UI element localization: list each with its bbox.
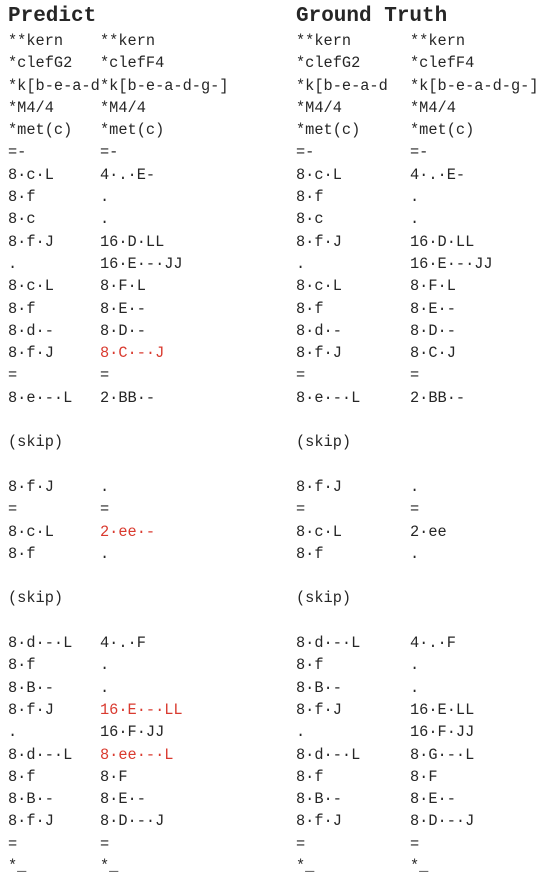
kern-token-spine1: *clefG2	[8, 52, 100, 74]
prediction-comparison-figure: Predict **kern**kern*clefG2*clefF4*k[b-e…	[0, 0, 550, 889]
kern-token-row: 8·f.	[8, 543, 290, 565]
kern-token-spine2: 16·E·-·JJ	[410, 253, 493, 275]
kern-token-row: 8·f.	[296, 654, 548, 676]
kern-token-spine2: .	[410, 543, 419, 565]
kern-token-row: =-=-	[296, 141, 548, 163]
kern-token-spine2: .	[100, 677, 109, 699]
kern-token-spine1: =	[8, 498, 100, 520]
kern-token-spine2: .	[410, 186, 419, 208]
kern-token-spine2: 8·E·-	[100, 298, 146, 320]
kern-token-spine1: 8·c·L	[8, 275, 100, 297]
kern-token-row: 8·f·J.	[296, 476, 548, 498]
kern-token-spine1: 8·f	[8, 766, 100, 788]
blank-row	[296, 409, 548, 431]
kern-token-spine2: 16·F·JJ	[100, 721, 164, 743]
kern-token-spine2: .	[410, 476, 419, 498]
kern-token-spine1: 8·B·-	[296, 677, 410, 699]
kern-token-row: *met(c)*met(c)	[8, 119, 290, 141]
kern-token-spine1: *_	[8, 855, 100, 877]
kern-token-spine2: =	[100, 498, 109, 520]
kern-token-row: .16·F·JJ	[296, 721, 548, 743]
kern-token-row: 8·f·J8·D·-·J	[8, 810, 290, 832]
blank-row	[8, 454, 290, 476]
kern-token-row: 8·d·-·L4·.·F	[296, 632, 548, 654]
kern-token-spine1: 8·f	[296, 766, 410, 788]
kern-token-row: 8·f·J8·C·-·J	[8, 342, 290, 364]
kern-token-spine2-error: 2·ee·-	[100, 521, 155, 543]
kern-token-spine1: =	[8, 364, 100, 386]
kern-token-spine1: 8·d·-·L	[8, 744, 100, 766]
kern-token-spine2: 8·F	[410, 766, 438, 788]
kern-token-spine1: 8·B·-	[296, 788, 410, 810]
kern-token-row: 8·f.	[8, 186, 290, 208]
kern-token-spine2: 8·F·L	[410, 275, 456, 297]
kern-token-spine2: .	[410, 677, 419, 699]
kern-token-row: *met(c)*met(c)	[296, 119, 548, 141]
kern-token-spine2: .	[410, 208, 419, 230]
kern-token-spine1: =-	[8, 141, 100, 163]
kern-token-spine1: 8·f	[8, 298, 100, 320]
skip-label: (skip)	[8, 587, 100, 609]
kern-token-spine2: **kern	[410, 30, 465, 52]
kern-token-row: 8·f·J16·D·LL	[296, 231, 548, 253]
kern-token-row: 8·f8·E·-	[296, 298, 548, 320]
kern-token-row: 8·f8·F	[8, 766, 290, 788]
kern-token-spine1: 8·f	[296, 186, 410, 208]
kern-token-spine2: 8·F·L	[100, 275, 146, 297]
kern-token-row: 8·d·-8·D·-	[296, 320, 548, 342]
kern-token-spine1: 8·f·J	[296, 699, 410, 721]
kern-token-row: 8·c·L2·ee	[296, 521, 548, 543]
blank-row	[296, 565, 548, 587]
kern-token-row: 8·d·-8·D·-	[8, 320, 290, 342]
panel-title-predict: Predict	[8, 4, 290, 30]
kern-token-spine1: 8·f	[296, 298, 410, 320]
panel-title-ground-truth: Ground Truth	[296, 4, 548, 30]
kern-token-spine2: *M4/4	[100, 97, 146, 119]
panel-predict: Predict **kern**kern*clefG2*clefF4*k[b-e…	[8, 4, 290, 877]
kern-token-row: 8·B·-.	[296, 677, 548, 699]
kern-token-spine2: 8·E·-	[100, 788, 146, 810]
kern-token-spine1: **kern	[296, 30, 410, 52]
blank-row	[8, 610, 290, 632]
kern-token-spine2: 8·D·-·J	[100, 810, 164, 832]
kern-token-spine1: .	[8, 253, 100, 275]
kern-token-spine1: 8·c	[296, 208, 410, 230]
kern-token-spine2: =	[100, 833, 109, 855]
kern-token-spine2-error: 16·E·-·LL	[100, 699, 183, 721]
kern-token-row: 8·f.	[296, 543, 548, 565]
skip-marker-row: (skip)	[296, 431, 548, 453]
kern-token-spine2: =	[410, 364, 419, 386]
kern-token-spine1: 8·c·L	[8, 521, 100, 543]
kern-token-spine2: 16·D·LL	[410, 231, 474, 253]
kern-token-spine2: 16·D·LL	[100, 231, 164, 253]
kern-token-spine1: *met(c)	[296, 119, 410, 141]
kern-token-spine1: =	[296, 498, 410, 520]
kern-token-spine2: 16·E·LL	[410, 699, 474, 721]
kern-token-row: ==	[296, 364, 548, 386]
kern-token-spine2: *clefF4	[410, 52, 474, 74]
kern-token-spine1: 8·e·-·L	[8, 387, 100, 409]
kern-token-spine2: 4·.·F	[100, 632, 146, 654]
kern-token-row: *M4/4*M4/4	[8, 97, 290, 119]
kern-token-row: 8·c·L4·.·E-	[296, 164, 548, 186]
kern-token-spine2: .	[100, 654, 109, 676]
kern-token-spine1: .	[8, 721, 100, 743]
kern-token-spine2: =	[410, 833, 419, 855]
kern-token-row: 8·e·-·L2·BB·-	[8, 387, 290, 409]
kern-token-row: 8·c·L4·.·E-	[8, 164, 290, 186]
kern-token-row: **kern**kern	[8, 30, 290, 52]
kern-token-spine1: 8·f·J	[296, 231, 410, 253]
kern-token-row: 8·B·-8·E·-	[296, 788, 548, 810]
kern-token-spine2: =-	[410, 141, 428, 163]
kern-token-row: 8·f·J16·D·LL	[8, 231, 290, 253]
kern-token-spine2: =	[100, 364, 109, 386]
kern-token-row: 8·f·J8·C·J	[296, 342, 548, 364]
kern-token-spine1: 8·d·-	[8, 320, 100, 342]
kern-token-spine1: 8·f·J	[8, 342, 100, 364]
kern-token-row: 8·d·-·L8·G·-·L	[296, 744, 548, 766]
skip-label: (skip)	[296, 431, 410, 453]
kern-token-spine1: 8·f	[296, 543, 410, 565]
kern-token-spine2-error: 8·C·-·J	[100, 342, 164, 364]
kern-token-spine2: 8·F	[100, 766, 128, 788]
kern-token-spine2: *met(c)	[100, 119, 164, 141]
kern-token-spine1: 8·d·-·L	[8, 632, 100, 654]
kern-token-spine2: *k[b-e-a-d-g-]	[410, 75, 539, 97]
kern-token-spine2: 8·D·-·J	[410, 810, 474, 832]
kern-token-spine2: 8·D·-	[100, 320, 146, 342]
kern-token-spine2: =	[410, 498, 419, 520]
kern-token-spine1: *k[b-e-a-d	[8, 75, 100, 97]
kern-token-row: 8·d·-·L4·.·F	[8, 632, 290, 654]
kern-token-spine2: .	[100, 208, 109, 230]
kern-token-spine2-error: 8·ee·-·L	[100, 744, 173, 766]
kern-token-row: *_*_	[296, 855, 548, 877]
blank-row	[8, 409, 290, 431]
kern-token-row: 8·c·L8·F·L	[8, 275, 290, 297]
kern-token-spine2: 8·E·-	[410, 788, 456, 810]
kern-token-row: 8·c.	[8, 208, 290, 230]
kern-token-row: *M4/4*M4/4	[296, 97, 548, 119]
kern-token-spine1: 8·f	[8, 654, 100, 676]
kern-token-spine1: *k[b-e-a-d	[296, 75, 410, 97]
blank-row	[8, 565, 290, 587]
kern-token-row: *k[b-e-a-d*k[b-e-a-d-g-]	[296, 75, 548, 97]
kern-token-spine1: *met(c)	[8, 119, 100, 141]
kern-token-row: ==	[296, 498, 548, 520]
blank-row	[296, 454, 548, 476]
kern-token-spine2: =-	[100, 141, 118, 163]
kern-token-spine2: 8·D·-	[410, 320, 456, 342]
kern-token-spine2: *_	[410, 855, 428, 877]
kern-token-spine2: .	[410, 654, 419, 676]
kern-token-spine1: 8·c·L	[296, 164, 410, 186]
kern-token-spine1: 8·c·L	[296, 521, 410, 543]
kern-token-row: 8·c·L2·ee·-	[8, 521, 290, 543]
kern-token-spine1: *_	[296, 855, 410, 877]
kern-token-row: *k[b-e-a-d*k[b-e-a-d-g-]	[8, 75, 290, 97]
kern-token-row: ==	[8, 364, 290, 386]
kern-token-spine1: 8·f·J	[296, 476, 410, 498]
kern-token-row: 8·f·J16·E·LL	[296, 699, 548, 721]
kern-token-row: .16·F·JJ	[8, 721, 290, 743]
kern-token-spine1: =	[296, 833, 410, 855]
kern-token-row: 8·c·L8·F·L	[296, 275, 548, 297]
kern-rows-ground-truth: **kern**kern*clefG2*clefF4*k[b-e-a-d*k[b…	[296, 30, 548, 877]
kern-token-spine1: 8·f·J	[296, 342, 410, 364]
kern-token-spine2: 4·.·F	[410, 632, 456, 654]
kern-token-row: ==	[8, 833, 290, 855]
kern-token-spine1: 8·f·J	[8, 231, 100, 253]
kern-token-spine2: 4·.·E-	[410, 164, 465, 186]
kern-token-row: 8·f·J.	[8, 476, 290, 498]
kern-token-spine1: 8·f	[296, 654, 410, 676]
kern-token-spine1: **kern	[8, 30, 100, 52]
kern-token-row: 8·d·-·L8·ee·-·L	[8, 744, 290, 766]
kern-token-spine1: 8·f·J	[8, 476, 100, 498]
kern-token-spine1: 8·f·J	[8, 810, 100, 832]
skip-label: (skip)	[8, 431, 100, 453]
kern-token-spine1: 8·d·-	[296, 320, 410, 342]
kern-token-spine2: 2·BB·-	[410, 387, 465, 409]
kern-token-row: 8·f.	[296, 186, 548, 208]
skip-marker-row: (skip)	[8, 587, 290, 609]
kern-token-spine1: .	[296, 721, 410, 743]
kern-token-spine1: =	[296, 364, 410, 386]
kern-token-row: 8·c.	[296, 208, 548, 230]
kern-token-spine2: 8·E·-	[410, 298, 456, 320]
kern-token-spine1: 8·c·L	[8, 164, 100, 186]
blank-row	[296, 610, 548, 632]
kern-token-spine1: 8·B·-	[8, 677, 100, 699]
skip-marker-row: (skip)	[296, 587, 548, 609]
kern-token-row: =-=-	[8, 141, 290, 163]
kern-token-row: 8·B·-.	[8, 677, 290, 699]
kern-token-spine1: *M4/4	[296, 97, 410, 119]
kern-rows-predict: **kern**kern*clefG2*clefF4*k[b-e-a-d*k[b…	[8, 30, 290, 877]
kern-token-row: 8·f·J16·E·-·LL	[8, 699, 290, 721]
panel-ground-truth: Ground Truth **kern**kern*clefG2*clefF4*…	[296, 4, 548, 877]
kern-token-spine2: .	[100, 476, 109, 498]
kern-token-spine2: *_	[100, 855, 118, 877]
kern-token-spine1: 8·B·-	[8, 788, 100, 810]
kern-token-row: 8·e·-·L2·BB·-	[296, 387, 548, 409]
kern-token-spine2: .	[100, 543, 109, 565]
kern-token-spine2: 8·G·-·L	[410, 744, 474, 766]
kern-token-row: ==	[8, 498, 290, 520]
kern-token-spine2: 2·BB·-	[100, 387, 155, 409]
kern-token-spine1: *M4/4	[8, 97, 100, 119]
kern-token-spine2: *clefF4	[100, 52, 164, 74]
kern-token-spine1: 8·c	[8, 208, 100, 230]
kern-token-row: 8·f·J8·D·-·J	[296, 810, 548, 832]
kern-token-row: **kern**kern	[296, 30, 548, 52]
kern-token-spine1: 8·e·-·L	[296, 387, 410, 409]
kern-token-spine2: *M4/4	[410, 97, 456, 119]
kern-token-spine1: 8·c·L	[296, 275, 410, 297]
kern-token-spine1: 8·f	[8, 543, 100, 565]
kern-token-row: ==	[296, 833, 548, 855]
kern-token-row: 8·B·-8·E·-	[8, 788, 290, 810]
kern-token-row: .16·E·-·JJ	[296, 253, 548, 275]
kern-token-spine1: 8·d·-·L	[296, 632, 410, 654]
kern-token-row: 8·f8·E·-	[8, 298, 290, 320]
kern-token-row: .16·E·-·JJ	[8, 253, 290, 275]
kern-token-spine1: =	[8, 833, 100, 855]
kern-token-spine2: *met(c)	[410, 119, 474, 141]
kern-token-spine1: 8·d·-·L	[296, 744, 410, 766]
kern-token-spine1: =-	[296, 141, 410, 163]
kern-token-spine2: 8·C·J	[410, 342, 456, 364]
kern-token-spine2: .	[100, 186, 109, 208]
kern-token-row: 8·f.	[8, 654, 290, 676]
kern-token-spine2: **kern	[100, 30, 155, 52]
kern-token-spine2: 2·ee	[410, 521, 447, 543]
kern-token-row: *clefG2*clefF4	[8, 52, 290, 74]
kern-token-spine1: *clefG2	[296, 52, 410, 74]
kern-token-spine2: *k[b-e-a-d-g-]	[100, 75, 229, 97]
skip-label: (skip)	[296, 587, 410, 609]
kern-token-row: 8·f8·F	[296, 766, 548, 788]
kern-token-spine1: 8·f·J	[8, 699, 100, 721]
kern-token-row: *_*_	[8, 855, 290, 877]
kern-token-spine1: .	[296, 253, 410, 275]
kern-token-spine2: 16·E·-·JJ	[100, 253, 183, 275]
skip-marker-row: (skip)	[8, 431, 290, 453]
kern-token-spine2: 4·.·E-	[100, 164, 155, 186]
kern-token-spine2: 16·F·JJ	[410, 721, 474, 743]
kern-token-row: *clefG2*clefF4	[296, 52, 548, 74]
kern-token-spine1: 8·f	[8, 186, 100, 208]
kern-token-spine1: 8·f·J	[296, 810, 410, 832]
